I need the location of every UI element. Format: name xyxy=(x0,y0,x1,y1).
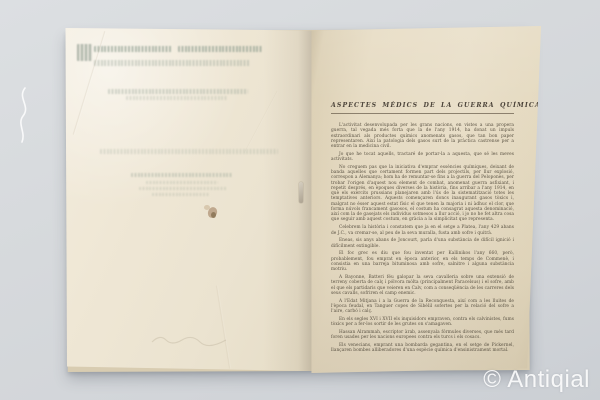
showthrough-text-band xyxy=(100,149,278,154)
faint-pencil-mark xyxy=(150,332,230,348)
article-paragraph: Celebrem la història i constatem que ja … xyxy=(331,225,514,236)
article-body: L'activitat desenvolupada per les grans … xyxy=(331,123,514,354)
article-paragraph: Eneas, sis anys abans de Joncourt, parla… xyxy=(331,238,514,249)
booklet-right-page: ASPECTES MÈDICS DE LA GUERRA QUÍMICA L'a… xyxy=(311,26,542,373)
showthrough-text-band xyxy=(178,46,262,52)
showthrough-text-band xyxy=(139,187,227,190)
showthrough-text-band xyxy=(108,89,248,94)
showthrough-text-band xyxy=(131,173,233,177)
photo-backdrop: ASPECTES MÈDICS DE LA GUERRA QUÍMICA L'a… xyxy=(0,0,600,400)
page-crease xyxy=(244,91,279,154)
article-paragraph: No creguem pas que la iniciativa d'empra… xyxy=(331,165,514,223)
page-crease xyxy=(215,285,231,368)
article-paragraph: Hassan Alrammah, escriptor àrab, assenya… xyxy=(331,330,514,341)
showthrough-text-band xyxy=(126,96,228,100)
article-paragraph: Jo que he tocat aquells, tractaré de por… xyxy=(331,152,514,163)
article-paragraph: Els venecians, emprant una bombarda gega… xyxy=(331,343,514,354)
article-paragraph: A Bayonne, Batteri féu galopar la seva c… xyxy=(331,275,514,296)
article-paragraph: El foc grec es diu que fou inventat per … xyxy=(331,251,514,272)
showthrough-logo-block xyxy=(77,44,92,61)
article-paragraph: L'activitat desenvolupada per les grans … xyxy=(331,123,514,149)
watermark: © Antiqial xyxy=(483,366,590,394)
showthrough-text-band xyxy=(94,60,250,66)
staple xyxy=(299,182,303,203)
article-title: ASPECTES MÈDICS DE LA GUERRA QUÍMICA xyxy=(331,102,514,109)
page-crease xyxy=(72,31,106,135)
booklet-left-page xyxy=(64,27,313,371)
showthrough-text-band xyxy=(94,46,172,52)
showthrough-text-band xyxy=(152,193,210,196)
article-paragraph: A l'Edat Mitjana i a la Guerra de la Rec… xyxy=(331,299,514,315)
article-paragraph: En els segles XVI i XVII els inquisidors… xyxy=(331,317,514,328)
foxing-stain xyxy=(204,205,220,221)
paper-fiber xyxy=(13,86,39,148)
showthrough-text-band xyxy=(146,181,218,184)
title-rule xyxy=(331,113,514,114)
article: ASPECTES MÈDICS DE LA GUERRA QUÍMICA L'a… xyxy=(331,102,514,356)
cover-showthrough xyxy=(64,27,313,371)
